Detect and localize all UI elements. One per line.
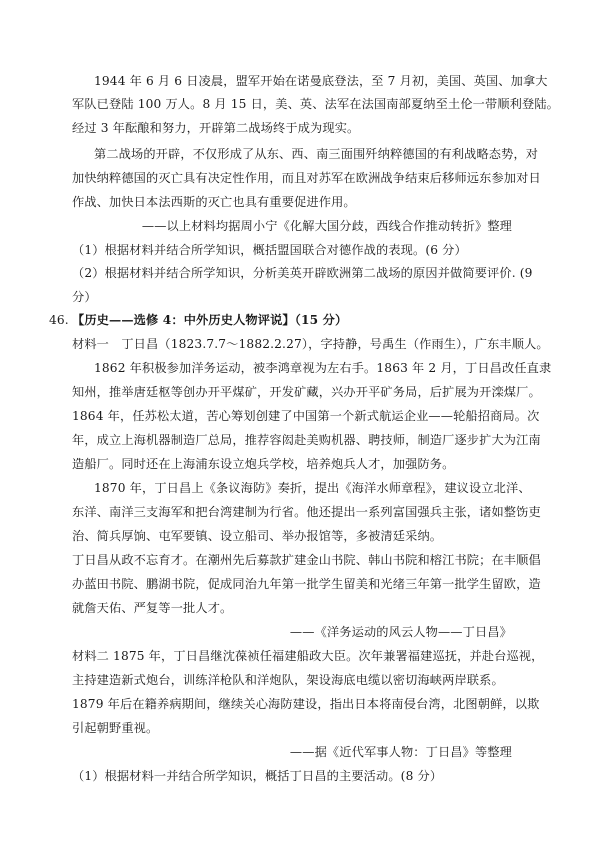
passage-line: 年，成立上海机器制造厂总局，推荐容闳赴美购机器、聘技师，制造厂逐步扩大为江南	[72, 432, 541, 448]
exam-page: 1944 年 6 月 6 日凌晨，盟军开始在诺曼底登法，至 7 月初，美国、英国…	[0, 0, 600, 848]
question-1: （1）根据材料并结合所学知识，概括盟国联合对德作战的表现。(6 分）	[72, 242, 467, 258]
source-attribution: ——《洋务运动的风云人物——丁日昌》	[290, 624, 512, 640]
question-number: 46.	[49, 312, 69, 328]
source-attribution: ——据《近代军事人物：丁日昌》等整理	[290, 744, 512, 760]
passage-line: 1864 年，任苏松太道，苦心筹划创建了中国第一个新式航运企业——轮船招商局。次	[72, 408, 539, 424]
question-46-1: （1）根据材料一并结合所学知识，概括丁日昌的主要活动。(8 分）	[72, 768, 442, 784]
passage-line: 军队已登陆 100 万人。8 月 15 日，美、英、法军在法国南部夏纳至土伦一带…	[72, 96, 559, 112]
passage-line: 主持建造新式炮台，训练洋枪队和洋炮队，架设海底电缆以密切海峡两岸联系。	[72, 672, 504, 688]
question-title: 【历史——选修 4：中外历史人物评说】（15 分）	[72, 312, 347, 328]
passage-line: 就詹天佑、严复等一批人才。	[72, 600, 232, 616]
passage-line: 1870 年，丁日昌上《条议海防》奏折，提出《海洋水师章程》，建议设立北洋、	[94, 480, 531, 496]
passage-line: 知州，推举唐廷枢等创办开平煤矿，开发矿藏，兴办开平矿务局，后扩展为开滦煤厂。	[72, 384, 541, 400]
passage-line: 作战、加快日本法西斯的灭亡也具有重要促进作用。	[72, 194, 356, 210]
passage-line: 治、简兵厚饷、屯军要镇、设立船司、举办报馆等，多被清廷采纳。	[72, 528, 442, 544]
question-2-cont: 分）	[72, 289, 97, 305]
passage-line: 经过 3 年酝酿和努力，开辟第二战场终于成为现实。	[72, 120, 359, 136]
source-attribution: ——以上材料均据周小宁《化解大国分歧，西线合作推动转折》整理	[142, 218, 512, 234]
passage-line: 材料二 1875 年，丁日昌继沈葆祯任福建船政大臣。次年兼署福建巡抚，并赴台巡视…	[72, 648, 543, 664]
passage-line: 办蓝田书院、鹏湖书院，促成同治九年第一批学生留美和光绪三年第一批学生留欧，造	[72, 576, 541, 592]
passage-line: 引起朝野重视。	[72, 720, 158, 736]
material1-intro: 材料一 丁日昌（1823.7.7～1882.2.27），字持静，号禹生（作雨生）…	[72, 336, 549, 352]
passage-line: 第二战场的开辟，不仅形成了从东、西、南三面围歼纳粹德国的有利战略态势，对	[94, 146, 538, 162]
passage-line: 1862 年积极参加洋务运动，被李鸿章视为左右手。1863 年 2 月，丁日昌改…	[94, 360, 551, 376]
passage-line: 东洋、南洋三支海军和把台湾建制为行省。他还提出一系列富国强兵主张，诸如整饬吏	[72, 504, 541, 520]
passage-line: 丁日昌从政不忘育才。在潮州先后募款扩建金山书院、韩山书院和榕江书院；在丰顺倡	[72, 552, 541, 568]
passage-line: 1879 年后在籍养病期间，继续关心海防建设，指出日本将南侵台湾，北图朝鲜，以欺	[72, 696, 539, 712]
question-2: （2）根据材料并结合所学知识，分析美英开辟欧洲第二战场的原因并做简要评价. (9	[72, 265, 533, 281]
passage-line: 1944 年 6 月 6 日凌晨，盟军开始在诺曼底登法，至 7 月初，美国、英国…	[94, 73, 548, 89]
passage-line: 造船厂。同时还在上海浦东设立炮兵学校，培养炮兵人才，加强防务。	[72, 456, 454, 472]
passage-line: 加快纳粹德国的灭亡具有决定性作用，而且对苏军在欧洲战争结束后移师远东参加对日	[72, 170, 541, 186]
